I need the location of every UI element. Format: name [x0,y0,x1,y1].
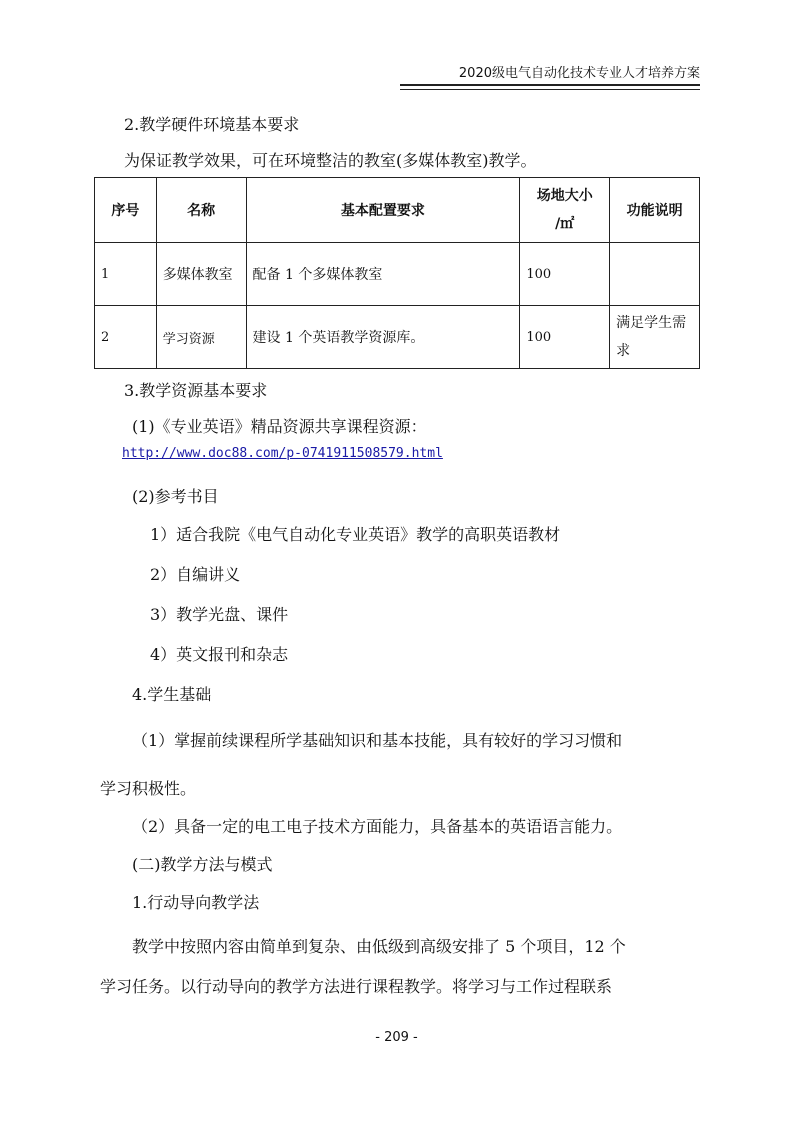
cell-name: 学习资源 [156,306,246,369]
section-heading-hardware: 2.教学硬件环境基本要求 [124,112,299,135]
hardware-table: 序号 名称 基本配置要求 场地大小 /㎡ 功能说明 1 多媒体教室 配备 1 个… [94,177,700,369]
students-para-1-cont: 学习积极性。 [100,776,196,799]
section-heading-methods: (二)教学方法与模式 [132,852,273,875]
running-header: 2020级电气自动化技术专业人才培养方案 [410,62,700,81]
cell-no: 2 [95,306,157,369]
section-heading-resources: 3.教学资源基本要求 [124,378,267,401]
method-1-para-cont: 学习任务。以行动导向的教学方法进行课程教学。将学习与工作过程联系 [100,974,612,997]
resources-item-1: (1)《专业英语》精品资源共享课程资源： [132,414,427,437]
header-rule [400,84,700,90]
col-header-config: 基本配置要求 [246,178,520,243]
book-item: 3）教学光盘、课件 [150,602,288,625]
section-heading-students: 4.学生基础 [132,682,211,705]
resources-item-2: (2)参考书目 [132,484,219,507]
cell-no: 1 [95,243,157,306]
cell-area: 100 [520,306,610,369]
cell-name: 多媒体教室 [156,243,246,306]
students-para-2: （2）具备一定的电工电子技术方面能力，具备基本的英语语言能力。 [132,814,622,837]
cell-area: 100 [520,243,610,306]
col-header-area-line2: /㎡ [526,210,603,238]
book-item: 4）英文报刊和杂志 [150,642,288,665]
method-1-title: 1.行动导向教学法 [132,890,259,913]
table-row: 1 多媒体教室 配备 1 个多媒体教室 100 [95,243,700,306]
cell-config: 配备 1 个多媒体教室 [246,243,520,306]
page-number: - 209 - [0,1030,793,1045]
hardware-intro: 为保证教学效果，可在环境整洁的教室(多媒体教室)教学。 [124,148,537,171]
cell-config: 建设 1 个英语教学资源库。 [246,306,520,369]
resource-link[interactable]: http://www.doc88.com/p-0741911508579.htm… [122,446,443,461]
cell-function [610,243,700,306]
book-item: 1）适合我院《电气自动化专业英语》教学的高职英语教材 [150,522,560,545]
col-header-function: 功能说明 [610,178,700,243]
book-item: 2）自编讲义 [150,562,240,585]
table-row: 2 学习资源 建设 1 个英语教学资源库。 100 满足学生需求 [95,306,700,369]
cell-function: 满足学生需求 [610,306,700,369]
students-para-1: （1）掌握前续课程所学基础知识和基本技能，具有较好的学习习惯和 [132,728,622,751]
col-header-area-line1: 场地大小 [526,182,603,210]
col-header-area: 场地大小 /㎡ [520,178,610,243]
table-header-row: 序号 名称 基本配置要求 场地大小 /㎡ 功能说明 [95,178,700,243]
col-header-no: 序号 [95,178,157,243]
col-header-name: 名称 [156,178,246,243]
method-1-para: 教学中按照内容由简单到复杂、由低级到高级安排了 5 个项目，12 个 [132,934,626,957]
